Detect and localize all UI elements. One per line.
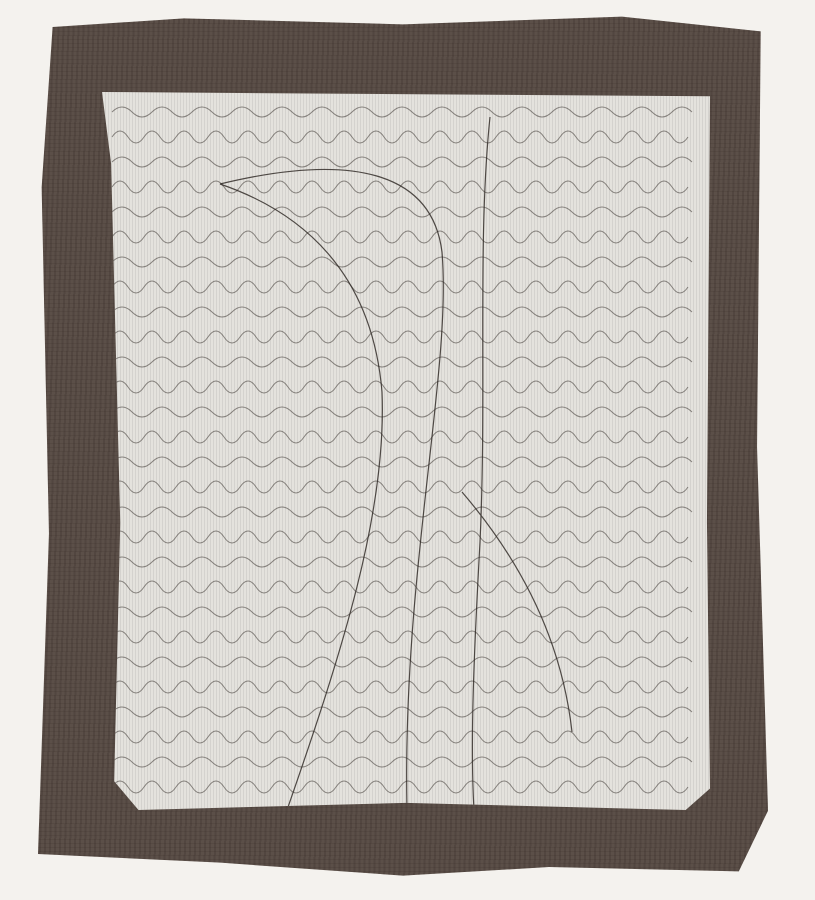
artwork-photo: [0, 0, 815, 900]
long-thread-lines: [220, 117, 572, 810]
asemic-writing: [102, 92, 710, 810]
inner-text-panel: [102, 92, 710, 810]
